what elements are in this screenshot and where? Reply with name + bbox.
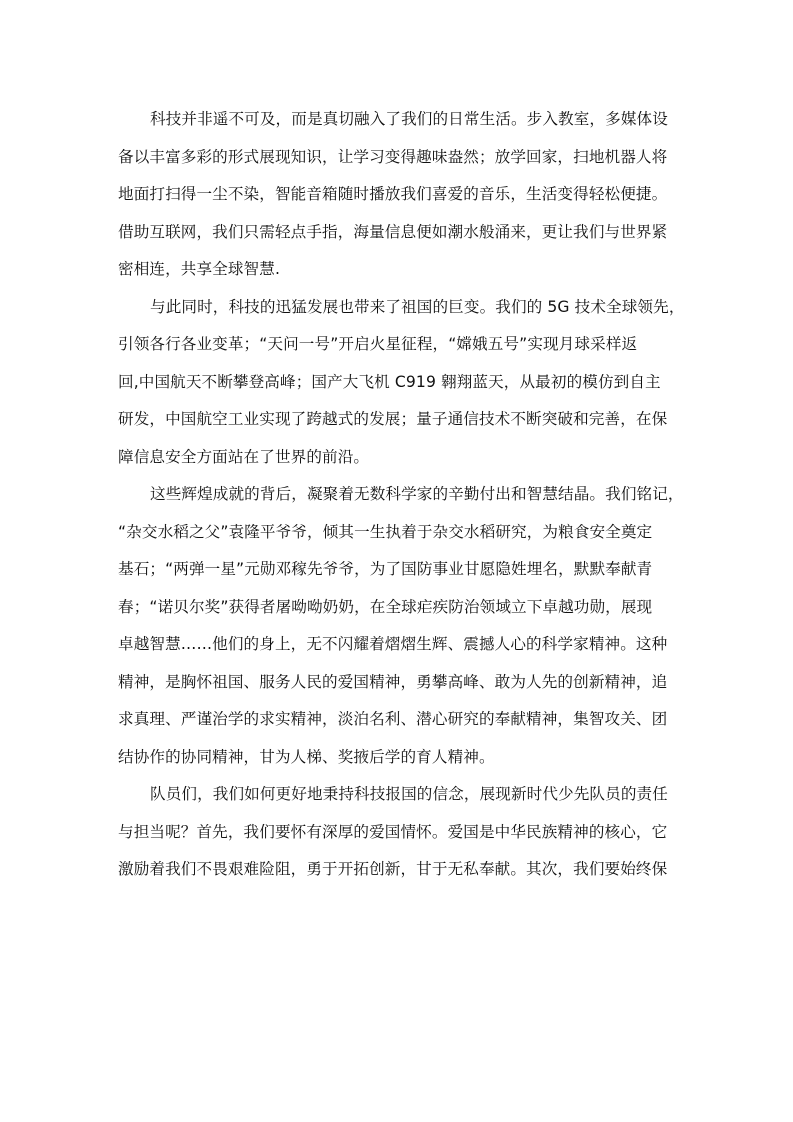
- text-line: 春；“诺贝尔奖”获得者屠呦呦奶奶，在全球疟疾防治领域立下卓越功勋，展现: [118, 589, 678, 627]
- document-body: 科技并非遥不可及，而是真切融入了我们的日常生活。步入教室，多媒体设 备以丰富多彩…: [118, 101, 678, 889]
- text-line: 基石；“两弹一星”元勋邓稼先爷爷，为了国防事业甘愿隐姓埋名，默默奉献青: [118, 551, 678, 589]
- text-line: 回,中国航天不断攀登高峰；国产大飞机 C919 翱翔蓝天，从最初的模仿到自主: [118, 364, 678, 402]
- text-line: 卓越智慧……他们的身上，无不闪耀着熠熠生辉、震撼人心的科学家精神。这种: [118, 626, 678, 664]
- paragraph-technology-daily-life: 科技并非遥不可及，而是真切融入了我们的日常生活。步入教室，多媒体设 备以丰富多彩…: [118, 101, 678, 289]
- paragraph-young-pioneers-call: 队员们，我们如何更好地秉持科技报国的信念，展现新时代少先队员的责任 与担当呢？首…: [118, 776, 678, 889]
- text-line: 队员们，我们如何更好地秉持科技报国的信念，展现新时代少先队员的责任: [118, 776, 678, 814]
- text-line: 激励着我们不畏艰难险阻，勇于开拓创新，甘于无私奉献。其次，我们要始终保: [118, 851, 678, 889]
- text-line: 密相连，共享全球智慧.: [118, 251, 678, 289]
- text-line: 障信息安全方面站在了世界的前沿。: [118, 439, 678, 477]
- text-line: 备以丰富多彩的形式展现知识，让学习变得趣味盎然；放学回家，扫地机器人将: [118, 139, 678, 177]
- text-line: 结协作的协同精神，甘为人梯、奖掖后学的育人精神。: [118, 739, 678, 777]
- paragraph-scientist-spirit: 这些辉煌成就的背后，凝聚着无数科学家的辛勤付出和智慧结晶。我们铭记， “杂交水稻…: [118, 476, 678, 776]
- text-line: “杂交水稻之父”袁隆平爷爷，倾其一生执着于杂交水稻研究，为粮食安全奠定: [118, 514, 678, 552]
- text-line: 这些辉煌成就的背后，凝聚着无数科学家的辛勤付出和智慧结晶。我们铭记，: [118, 476, 678, 514]
- text-line: 与此同时，科技的迅猛发展也带来了祖国的巨变。我们的 5G 技术全球领先，: [118, 289, 678, 327]
- text-line: 地面打扫得一尘不染，智能音箱随时播放我们喜爱的音乐，生活变得轻松便捷。: [118, 176, 678, 214]
- text-line: 研发，中国航空工业实现了跨越式的发展；量子通信技术不断突破和完善，在保: [118, 401, 678, 439]
- document-page: 科技并非遥不可及，而是真切融入了我们的日常生活。步入教室，多媒体设 备以丰富多彩…: [0, 0, 793, 1122]
- text-line: 借助互联网，我们只需轻点手指，海量信息便如潮水般涌来，更让我们与世界紧: [118, 214, 678, 252]
- text-line: 引领各行各业变革；“天问一号”开启火星征程，“嫦娥五号”实现月球采样返: [118, 326, 678, 364]
- text-line: 求真理、严谨治学的求实精神，淡泊名利、潜心研究的奉献精神，集智攻关、团: [118, 701, 678, 739]
- text-line: 精神，是胸怀祖国、服务人民的爱国精神，勇攀高峰、敢为人先的创新精神，追: [118, 664, 678, 702]
- text-line: 科技并非遥不可及，而是真切融入了我们的日常生活。步入教室，多媒体设: [118, 101, 678, 139]
- paragraph-national-achievements: 与此同时，科技的迅猛发展也带来了祖国的巨变。我们的 5G 技术全球领先， 引领各…: [118, 289, 678, 477]
- text-line: 与担当呢？首先，我们要怀有深厚的爱国情怀。爱国是中华民族精神的核心，它: [118, 814, 678, 852]
